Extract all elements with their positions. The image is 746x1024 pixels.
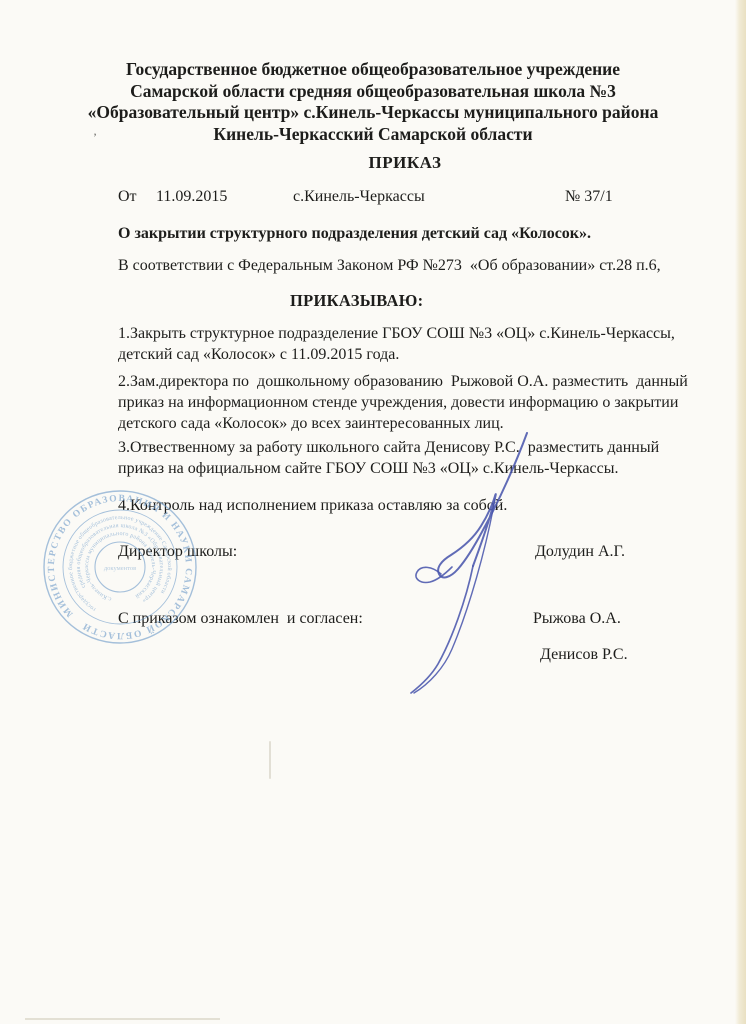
order-title: ПРИКАЗ [118, 153, 692, 173]
order-item-2: 2.Зам.директора по дошкольному образован… [118, 371, 692, 434]
scanned-document-page: Государственное бюджетное общеобразовате… [0, 0, 746, 1024]
order-from-label: От [118, 188, 137, 206]
acknowledgement-label: С приказом ознакомлен и согласен: [118, 610, 363, 628]
acknowledged-name-2: Денисов Р.С. [540, 646, 628, 664]
stamp-ring4-text: с.Кинель-Черкассы муниципального района … [76, 523, 164, 611]
svg-text:с.Кинель-Черкассы муниципально: с.Кинель-Черкассы муниципального района … [76, 523, 164, 611]
paper-fold-mark [269, 741, 271, 779]
header-line-1: Государственное бюджетное общеобразовате… [53, 59, 693, 81]
order-item-4: 4.Контроль над исполнением приказа остав… [118, 495, 692, 516]
order-place: с.Кинель-Черкассы [293, 188, 425, 206]
stamp-center-text: документов [104, 565, 136, 572]
order-date: 11.09.2015 [156, 188, 227, 206]
acknowledged-name-1: Рыжова О.А. [533, 610, 621, 628]
scan-edge-line [25, 1018, 220, 1020]
svg-text:средняя общеобразовательная шк: средняя общеобразовательная школа №3 «Об… [60, 506, 181, 627]
order-meta-row: От 11.09.2015 с.Кинель-Черкассы № 37/1 [118, 188, 692, 210]
document-header: Государственное бюджетное общеобразовате… [53, 59, 693, 145]
order-item-3: 3.Отвественному за работу школьного сайт… [118, 437, 692, 479]
order-subject: О закрытии структурного подразделения де… [118, 223, 692, 244]
order-item-1: 1.Закрыть структурное подразделение ГБОУ… [118, 323, 692, 365]
header-line-3: «Образовательный центр» с.Кинель-Черкасс… [53, 102, 693, 124]
director-name: Долудин А.Г. [535, 543, 625, 561]
scan-speck: ’ [93, 130, 97, 145]
order-legal-basis: В соответствии с Федеральным Законом РФ … [118, 255, 692, 276]
stamp-ring3-text: средняя общеобразовательная школа №3 «Об… [60, 506, 181, 627]
director-signature-row: Директор школы: Долудин А.Г. [118, 543, 692, 565]
header-line-4: Кинель-Черкасский Самарской области [53, 124, 693, 146]
acknowledgement-row-2: Денисов Р.С. [118, 646, 692, 668]
director-label: Директор школы: [118, 543, 237, 561]
scan-edge-strip [735, 0, 746, 1024]
order-number: № 37/1 [565, 188, 613, 206]
resolve-heading: ПРИКАЗЫВАЮ: [290, 291, 423, 311]
header-line-2: Самарской области средняя общеобразовате… [53, 81, 693, 103]
acknowledgement-row: С приказом ознакомлен и согласен: Рыжова… [118, 610, 692, 632]
